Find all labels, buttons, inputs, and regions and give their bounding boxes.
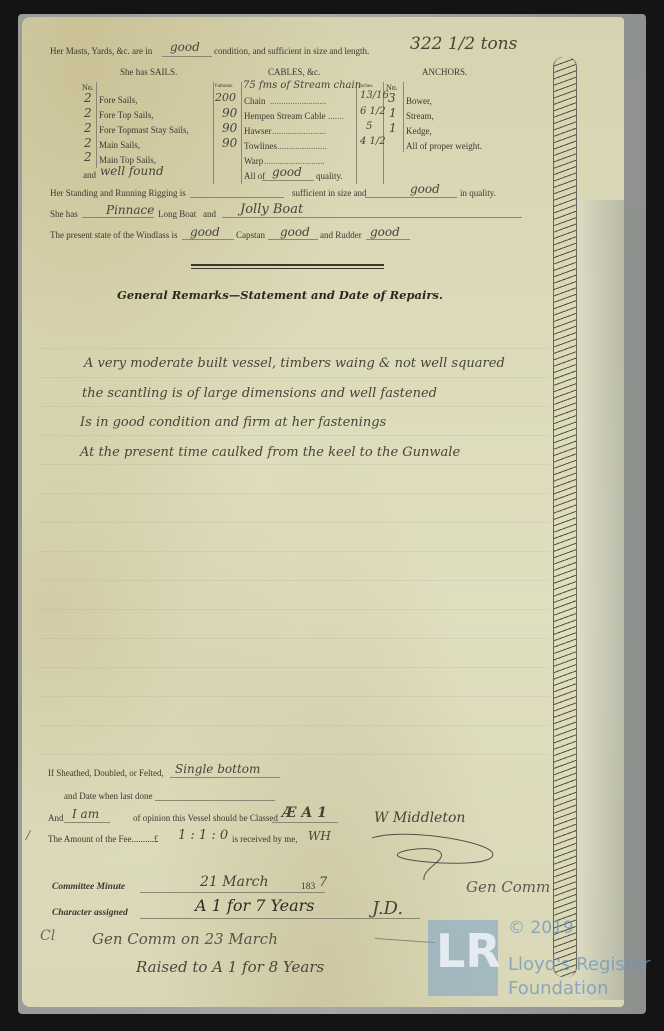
rudder-label: and Rudder [320,230,362,240]
watermark-line2: Foundation [508,978,608,999]
committee-minute-blank [140,892,325,893]
remarks-title: General Remarks—Statement and Date of Re… [117,288,443,302]
sail-count: 2 [84,136,92,150]
cables-all-of-blank [262,180,314,181]
sail-count: 2 [84,150,92,164]
watermark-copyright: © 2019 [508,918,574,938]
remark-line: A very moderate built vessel, timbers wa… [84,356,505,371]
remark-line: Is in good condition and firm at her fas… [80,415,386,430]
cable-label: Towlines [244,141,277,151]
cables-quality-label: quality. [316,171,343,181]
anchors-heading: ANCHORS. [422,67,467,77]
surveyor-signature: W Middleton [374,810,465,826]
class-blank [272,822,338,823]
sheathing-date-blank [155,800,275,801]
sheathing-blank [170,777,280,778]
sail-label: Fore Top Sails, [99,110,153,120]
cable-label: Warp [244,156,263,166]
sails-heading: She has SAILS. [120,67,177,77]
cable-label: Chain [244,96,266,106]
rigging-blank [190,197,284,198]
rudder-blank [366,239,410,240]
sail-count: 2 [84,91,92,105]
anchor-label: Kedge, [406,126,432,136]
cable-fathoms: 200 [215,91,236,104]
cable-label: Hempen Stream Cable [244,111,325,121]
sheathing-date-label: and Date when last done [64,791,152,801]
fathoms-label: Fathoms. [215,84,233,89]
fee-label: The Amount of the Fee..........£ [48,834,158,844]
cable-leader-dots: ......................... [270,96,326,106]
masts-blank [162,56,212,57]
fee-initials: WH [308,829,331,843]
capstan-value: good [280,225,310,239]
anchors-footer: All of proper weight. [406,141,482,151]
committee-year-suffix: 7 [319,875,327,890]
masts-condition: good [170,40,200,54]
rigging-mid: sufficient in size and [292,188,367,198]
remark-line: the scantling is of large dimensions and… [82,386,437,401]
windlass-value: good [190,225,220,239]
cables-left-line [213,82,214,184]
cables-all-of-value: good [272,165,302,179]
anchors-label-line [403,82,404,152]
rigging-quality-blank [365,197,457,198]
margin-annotation: Cl [40,928,55,944]
anchor-count: 3 [388,91,396,105]
anchor-label: Stream, [406,111,434,121]
cables-note: 75 fms of Stream chain [243,80,361,91]
inches-label: Inches. [359,84,373,89]
character-value: A 1 for 7 Years [195,896,315,915]
sail-count: 2 [84,106,92,120]
committee-year-prefix: 183 [301,882,315,892]
cable-fathoms: 90 [222,106,237,120]
cable-fathoms: 90 [222,121,237,135]
boats-and-label: and [203,209,216,219]
rigging-label: Her Standing and Running Rigging is [50,188,186,198]
cable-label: Hawser [244,126,272,136]
rigging-suffix: in quality. [460,188,496,198]
sheathing-label: If Sheathed, Doubled, or Felted, [48,768,164,778]
boats-longboat-label: Long Boat [158,209,196,219]
cable-leader-dots: ....................... [275,141,327,151]
cable-leader-dots: ....... [328,111,344,121]
cables-fathoms-line [241,82,242,184]
sail-label: Fore Sails, [99,95,138,105]
cable-inches: 4 1/2 [360,136,386,147]
windlass-label: The present state of the Windlass is [50,230,177,240]
opinion-text: of opinion this Vessel should be Classed [133,813,278,823]
boat-jolly: Jolly Boat [240,202,303,217]
anchor-label: Bower, [406,96,432,106]
capstan-label: Capstan [236,230,265,240]
cables-heading: CABLES, &c. [268,67,320,77]
sheathing-value: Single bottom [175,762,260,776]
anchor-count: 1 [389,106,397,120]
sail-label: Main Sails, [99,140,140,150]
cable-inches: 5 [366,121,372,132]
cable-inches: 6 1/2 [360,106,386,117]
windlass-blank [182,239,234,240]
gen-comm-annotation: Gen Comm on 23 March [92,930,278,948]
cable-leader-dots: ........................ [272,126,326,136]
paper-edge-strip [578,200,624,1000]
margin-mark: ∕ [26,828,30,842]
watermark-line1: Lloyd's Register [508,954,650,975]
anchor-count: 1 [389,121,397,135]
sail-label: Fore Topmast Stay Sails, [99,125,189,135]
cable-fathoms: 90 [222,136,237,150]
opinion-value: I am [72,807,99,821]
fee-amount: 1 : 1 : 0 [178,828,228,843]
rudder-value: good [370,225,400,239]
gen-comm-signature: Gen Comm [466,878,550,896]
sails-column-line [96,82,97,168]
masts-label: Her Masts, Yards, &c. are in [50,46,152,56]
committee-initials: J.D. [372,898,403,919]
cables-inches-line [356,82,357,184]
masts-suffix: condition, and sufficient in size and le… [214,46,369,56]
lr-logo-letters: LR [436,924,501,978]
character-label: Character assigned [52,908,128,918]
section-divider [191,264,384,266]
opinion-and-label: And [48,813,64,823]
sail-count: 2 [84,121,92,135]
decorative-spiral-border [553,57,577,977]
boats-label: She has [50,209,78,219]
class-value: Æ A 1 [282,805,327,821]
section-divider-thin [191,268,384,269]
tonnage-note: 322 1/2 tons [410,34,517,54]
boats-blank-1 [82,217,154,218]
committee-minute-label: Committee Minute [52,882,125,892]
boats-blank-2 [222,217,522,218]
raised-annotation: Raised to A 1 for 8 Years [136,958,324,976]
fee-received-label: is received by me, [232,834,297,844]
sails-and-label: and [83,170,96,180]
opinion-blank [64,822,110,823]
remark-line: At the present time caulked from the kee… [80,445,460,460]
capstan-blank [268,239,318,240]
rigging-value: good [410,182,440,196]
sails-and-value: well found [100,164,164,178]
boat-pinnace: Pinnace [106,203,154,217]
committee-minute-value: 21 March [200,874,269,890]
cable-inches: 13/16 [360,90,389,101]
